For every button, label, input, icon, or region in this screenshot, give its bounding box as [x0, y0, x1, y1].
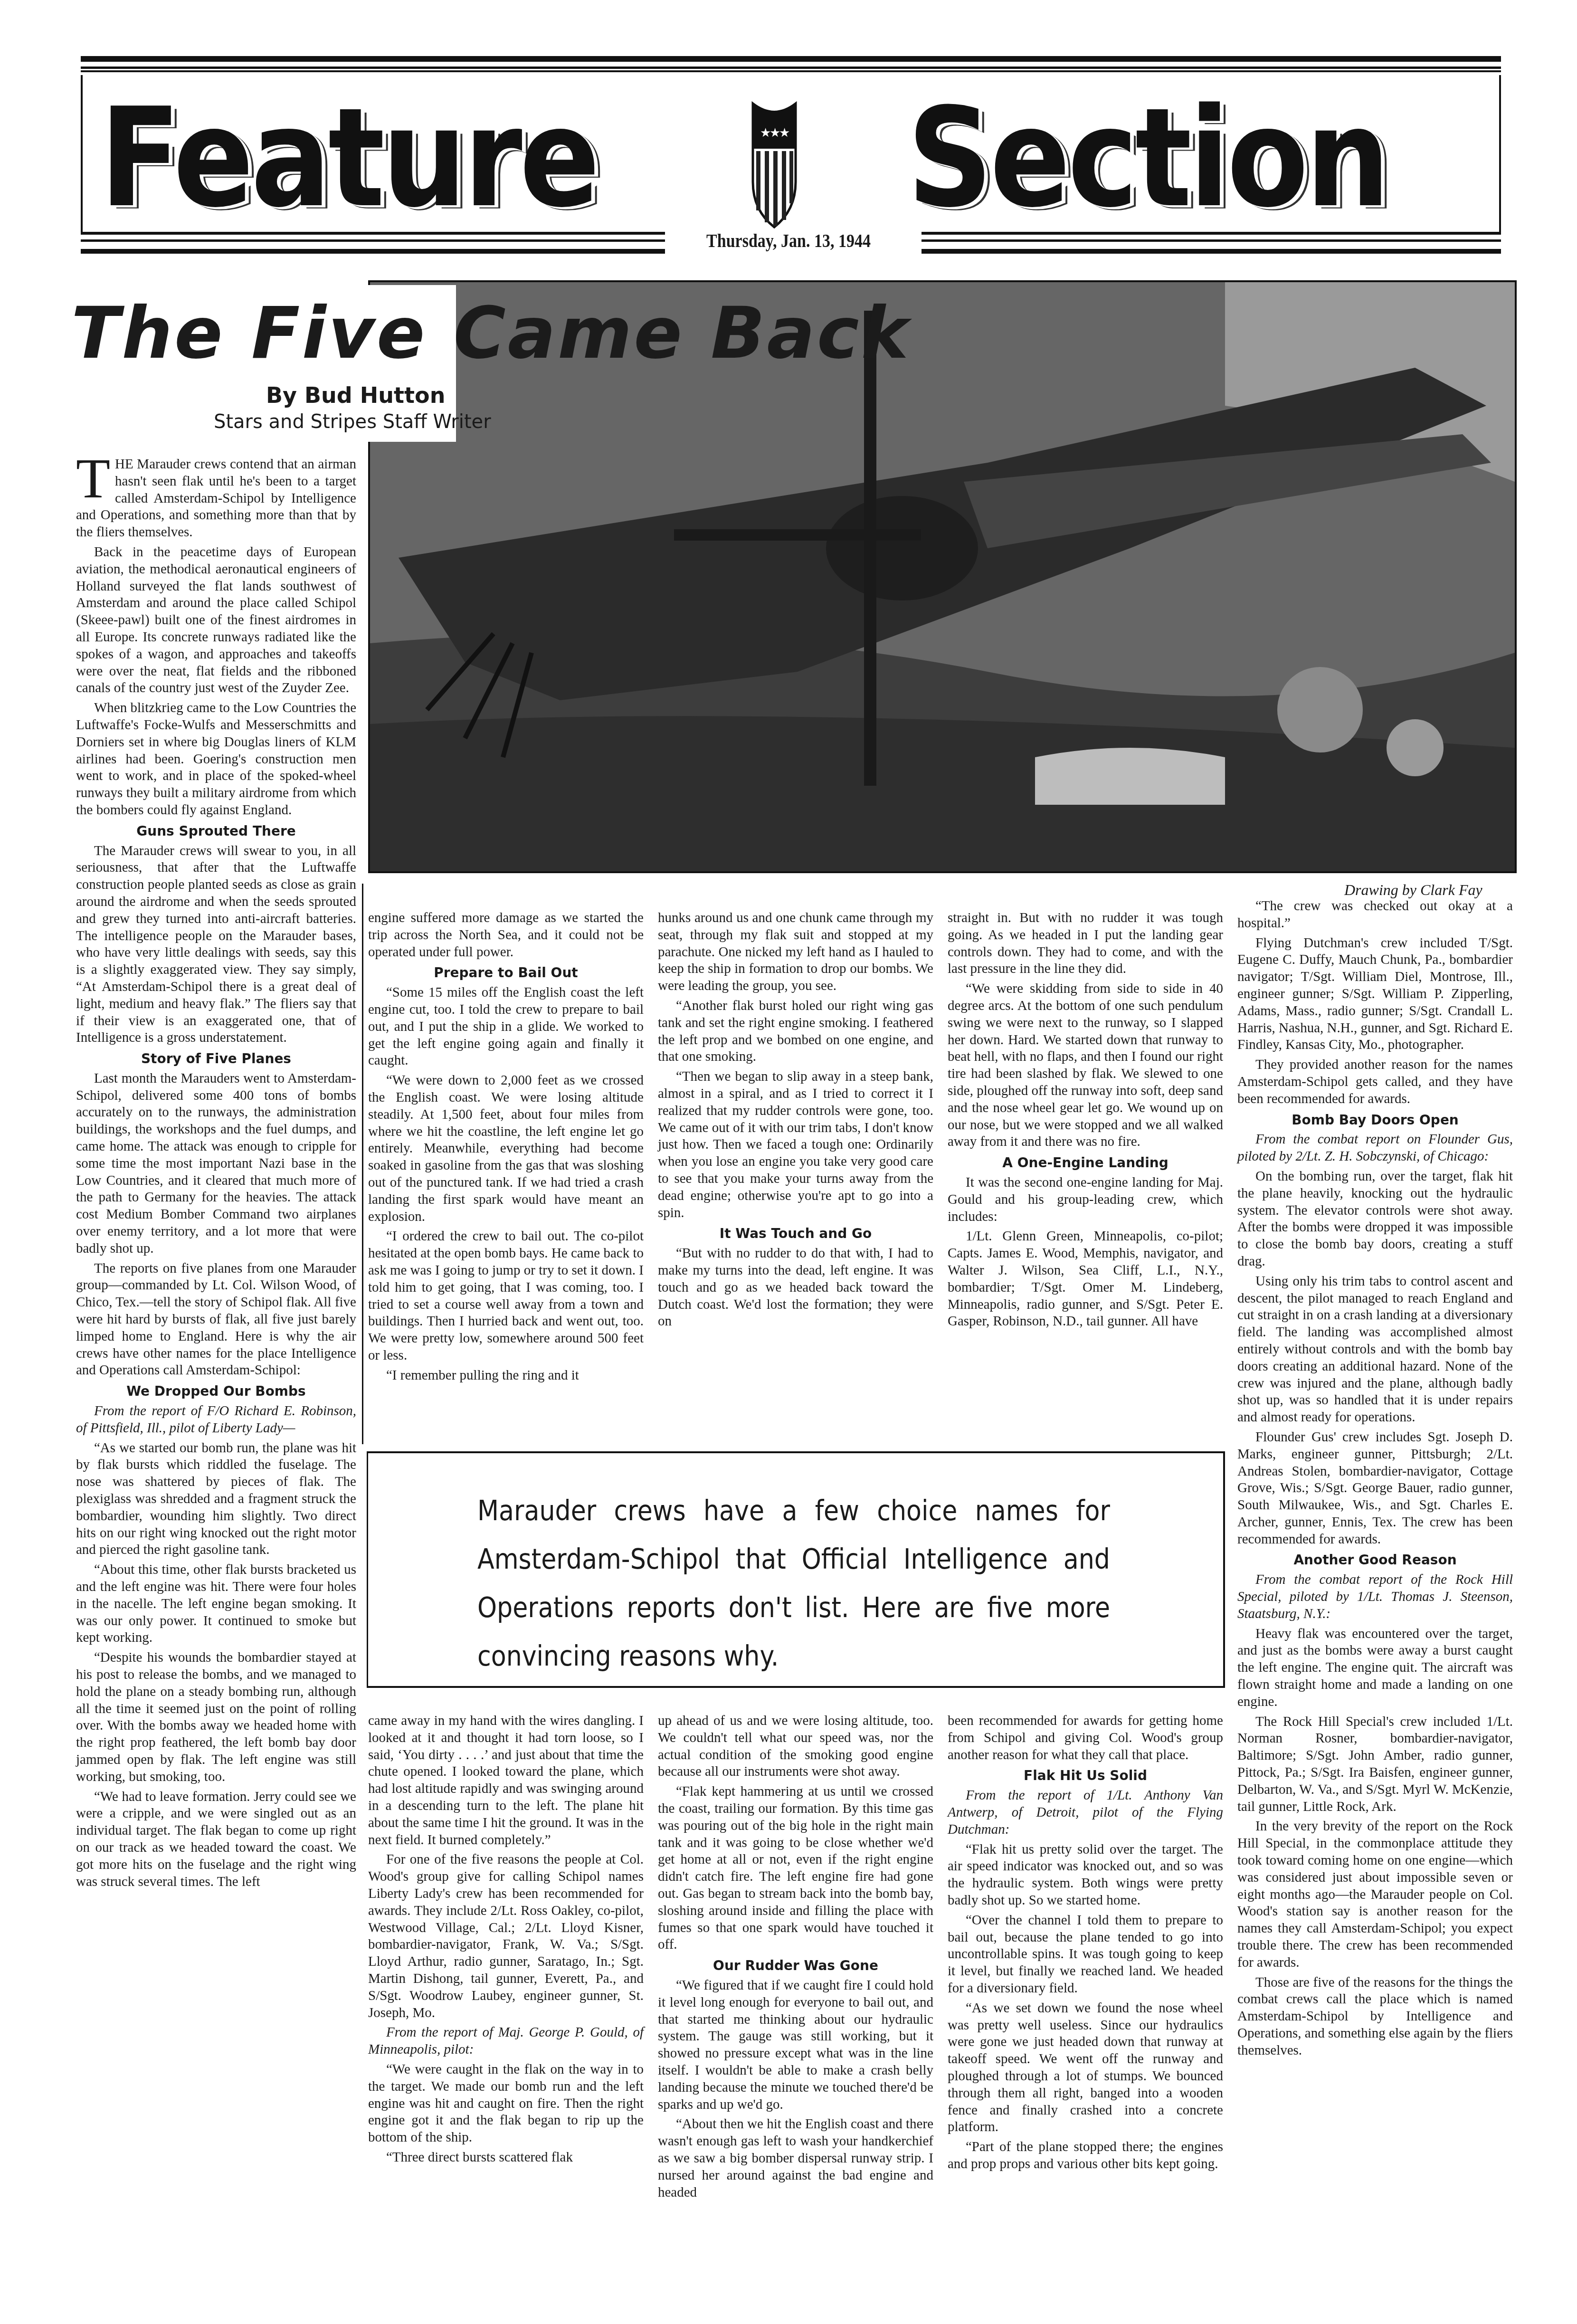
article-column-3-bottom: up ahead of us and we were losing altitu…: [658, 1713, 933, 2204]
paragraph: Heavy flak was encountered over the targ…: [1237, 1626, 1513, 1711]
masthead-title-section: Section: [907, 90, 1387, 227]
issue-date: Thursday, Jan. 13, 1944: [698, 229, 880, 252]
paragraph: “As we started our bomb run, the plane w…: [76, 1440, 356, 1559]
paragraph: Back in the peacetime days of European a…: [76, 544, 356, 697]
paragraph: “About then we hit the English coast and…: [658, 2116, 933, 2201]
paragraph: up ahead of us and we were losing altitu…: [658, 1713, 933, 1781]
paragraph: “I ordered the crew to bail out. The co-…: [368, 1228, 644, 1364]
masthead-top-rule: [81, 56, 1501, 69]
paragraph: “We were skidding from side to side in 4…: [948, 981, 1223, 1151]
pull-quote-text: Marauder crews have a few choice names f…: [477, 1486, 1110, 1680]
paragraph: Those are five of the reasons for the th…: [1237, 1974, 1513, 2059]
paragraph: In the very brevity of the report on the…: [1237, 1818, 1513, 1971]
paragraph: hunks around us and one chunk came throu…: [658, 910, 933, 995]
paragraph: “Flak kept hammering at us until we cros…: [658, 1783, 933, 1953]
subhead: Another Good Reason: [1237, 1552, 1513, 1569]
subhead: Our Rudder Was Gone: [658, 1957, 933, 1974]
paragraph: “About this time, other flak bursts brac…: [76, 1562, 356, 1647]
paragraph: “I remember pulling the ring and it: [368, 1367, 644, 1384]
article-column-4-bottom: been recommended for awards for getting …: [948, 1713, 1223, 2176]
paragraph: When blitzkrieg came to the Low Countrie…: [76, 700, 356, 819]
svg-text:★: ★: [779, 126, 790, 140]
paragraph: “Part of the plane stopped there; the en…: [948, 2139, 1223, 2173]
article-column-1: THE Marauder crews contend that an airma…: [76, 456, 356, 1893]
paragraph: They provided another reason for the nam…: [1237, 1057, 1513, 1107]
paragraph: 1/Lt. Glenn Green, Minneapolis, co-pilot…: [948, 1228, 1223, 1330]
paragraph: “We were down to 2,000 feet as we crosse…: [368, 1072, 644, 1225]
article-column-4-top: straight in. But with no rudder it was t…: [948, 910, 1223, 1333]
paragraph: Using only his trim tabs to control asce…: [1237, 1273, 1513, 1426]
subhead: Prepare to Bail Out: [368, 964, 644, 981]
paragraph: It was the second one-engine landing for…: [948, 1174, 1223, 1225]
subhead: We Dropped Our Bombs: [76, 1383, 356, 1400]
subhead: A One-Engine Landing: [948, 1154, 1223, 1172]
article-headline: The Five Came Back: [71, 292, 910, 375]
article-column-2-top: engine suffered more damage as we starte…: [368, 910, 644, 1387]
paragraph: “Another flak burst holed our right wing…: [658, 998, 933, 1066]
subhead: Flak Hit Us Solid: [948, 1767, 1223, 1784]
paragraph: engine suffered more damage as we starte…: [368, 910, 644, 961]
pull-quote-box: Marauder crews have a few choice names f…: [367, 1451, 1225, 1688]
article-column-5: “The crew was checked out okay at a hosp…: [1237, 898, 1513, 2062]
byline-role: Stars and Stripes Staff Writer: [214, 411, 491, 433]
report-attribution: From the report of F/O Richard E. Robins…: [76, 1403, 356, 1437]
paragraph: “The crew was checked out okay at a hosp…: [1237, 898, 1513, 932]
paragraph: “We were caught in the flak on the way i…: [368, 2061, 644, 2146]
lead-paragraph: THE Marauder crews contend that an airma…: [76, 456, 356, 541]
paragraph: The Marauder crews will swear to you, in…: [76, 843, 356, 1047]
paragraph: Last month the Marauders went to Amsterd…: [76, 1070, 356, 1257]
paragraph: “We had to leave formation. Jerry could …: [76, 1789, 356, 1891]
report-attribution: From the combat report on Flounder Gus, …: [1237, 1131, 1513, 1165]
subhead: Story of Five Planes: [76, 1050, 356, 1067]
shield-icon: ★ ★ ★: [750, 101, 798, 229]
paragraph: “As we set down we found the nose wheel …: [948, 2000, 1223, 2136]
paragraph: “Flak hit us pretty solid over the targe…: [948, 1841, 1223, 1909]
byline: By Bud Hutton: [266, 382, 445, 408]
masthead-bottom-rule-right: [921, 232, 1501, 254]
article-column-3-top: hunks around us and one chunk came throu…: [658, 910, 933, 1333]
masthead: Feature ★ ★ ★ Section Thursday, Jan. 13,…: [81, 56, 1501, 256]
paragraph: Flounder Gus' crew includes Sgt. Joseph …: [1237, 1429, 1513, 1548]
paragraph: “Over the channel I told them to prepare…: [948, 1912, 1223, 1997]
paragraph: straight in. But with no rudder it was t…: [948, 910, 1223, 978]
paragraph: The Rock Hill Special's crew included 1/…: [1237, 1714, 1513, 1816]
paragraph: been recommended for awards for getting …: [948, 1713, 1223, 1763]
paragraph: For one of the five reasons the people a…: [368, 1851, 644, 2021]
report-attribution: From the report of 1/Lt. Anthony Van Ant…: [948, 1787, 1223, 1838]
subhead: It Was Touch and Go: [658, 1225, 933, 1242]
subhead: Bomb Bay Doors Open: [1237, 1112, 1513, 1129]
paragraph: On the bombing run, over the target, fla…: [1237, 1168, 1513, 1270]
drop-cap: T: [76, 458, 110, 500]
paragraph: “But with no rudder to do that with, I h…: [658, 1245, 933, 1330]
image-credit: Drawing by Clark Fay: [1344, 881, 1482, 899]
column-rule: [362, 884, 363, 1444]
article-column-2-bottom: came away in my hand with the wires dang…: [368, 1713, 644, 2169]
paragraph: “Some 15 miles off the English coast the…: [368, 984, 644, 1069]
paragraph: Flying Dutchman's crew included T/Sgt. E…: [1237, 935, 1513, 1054]
paragraph: “Three direct bursts scattered flak: [368, 2149, 644, 2166]
report-attribution: From the combat report of the Rock Hill …: [1237, 1572, 1513, 1622]
paragraph: “We figured that if we caught fire I cou…: [658, 1977, 933, 2113]
subhead: Guns Sprouted There: [76, 823, 356, 840]
paragraph: came away in my hand with the wires dang…: [368, 1713, 644, 1848]
report-attribution: From the report of Maj. George P. Gould,…: [368, 2024, 644, 2058]
paragraph: The reports on five planes from one Mara…: [76, 1260, 356, 1380]
masthead-bottom-rule-left: [81, 232, 665, 254]
masthead-title-feature: Feature: [100, 90, 597, 227]
paragraph: “Then we began to slip away in a steep b…: [658, 1068, 933, 1221]
paragraph: “Despite his wounds the bombardier staye…: [76, 1649, 356, 1785]
